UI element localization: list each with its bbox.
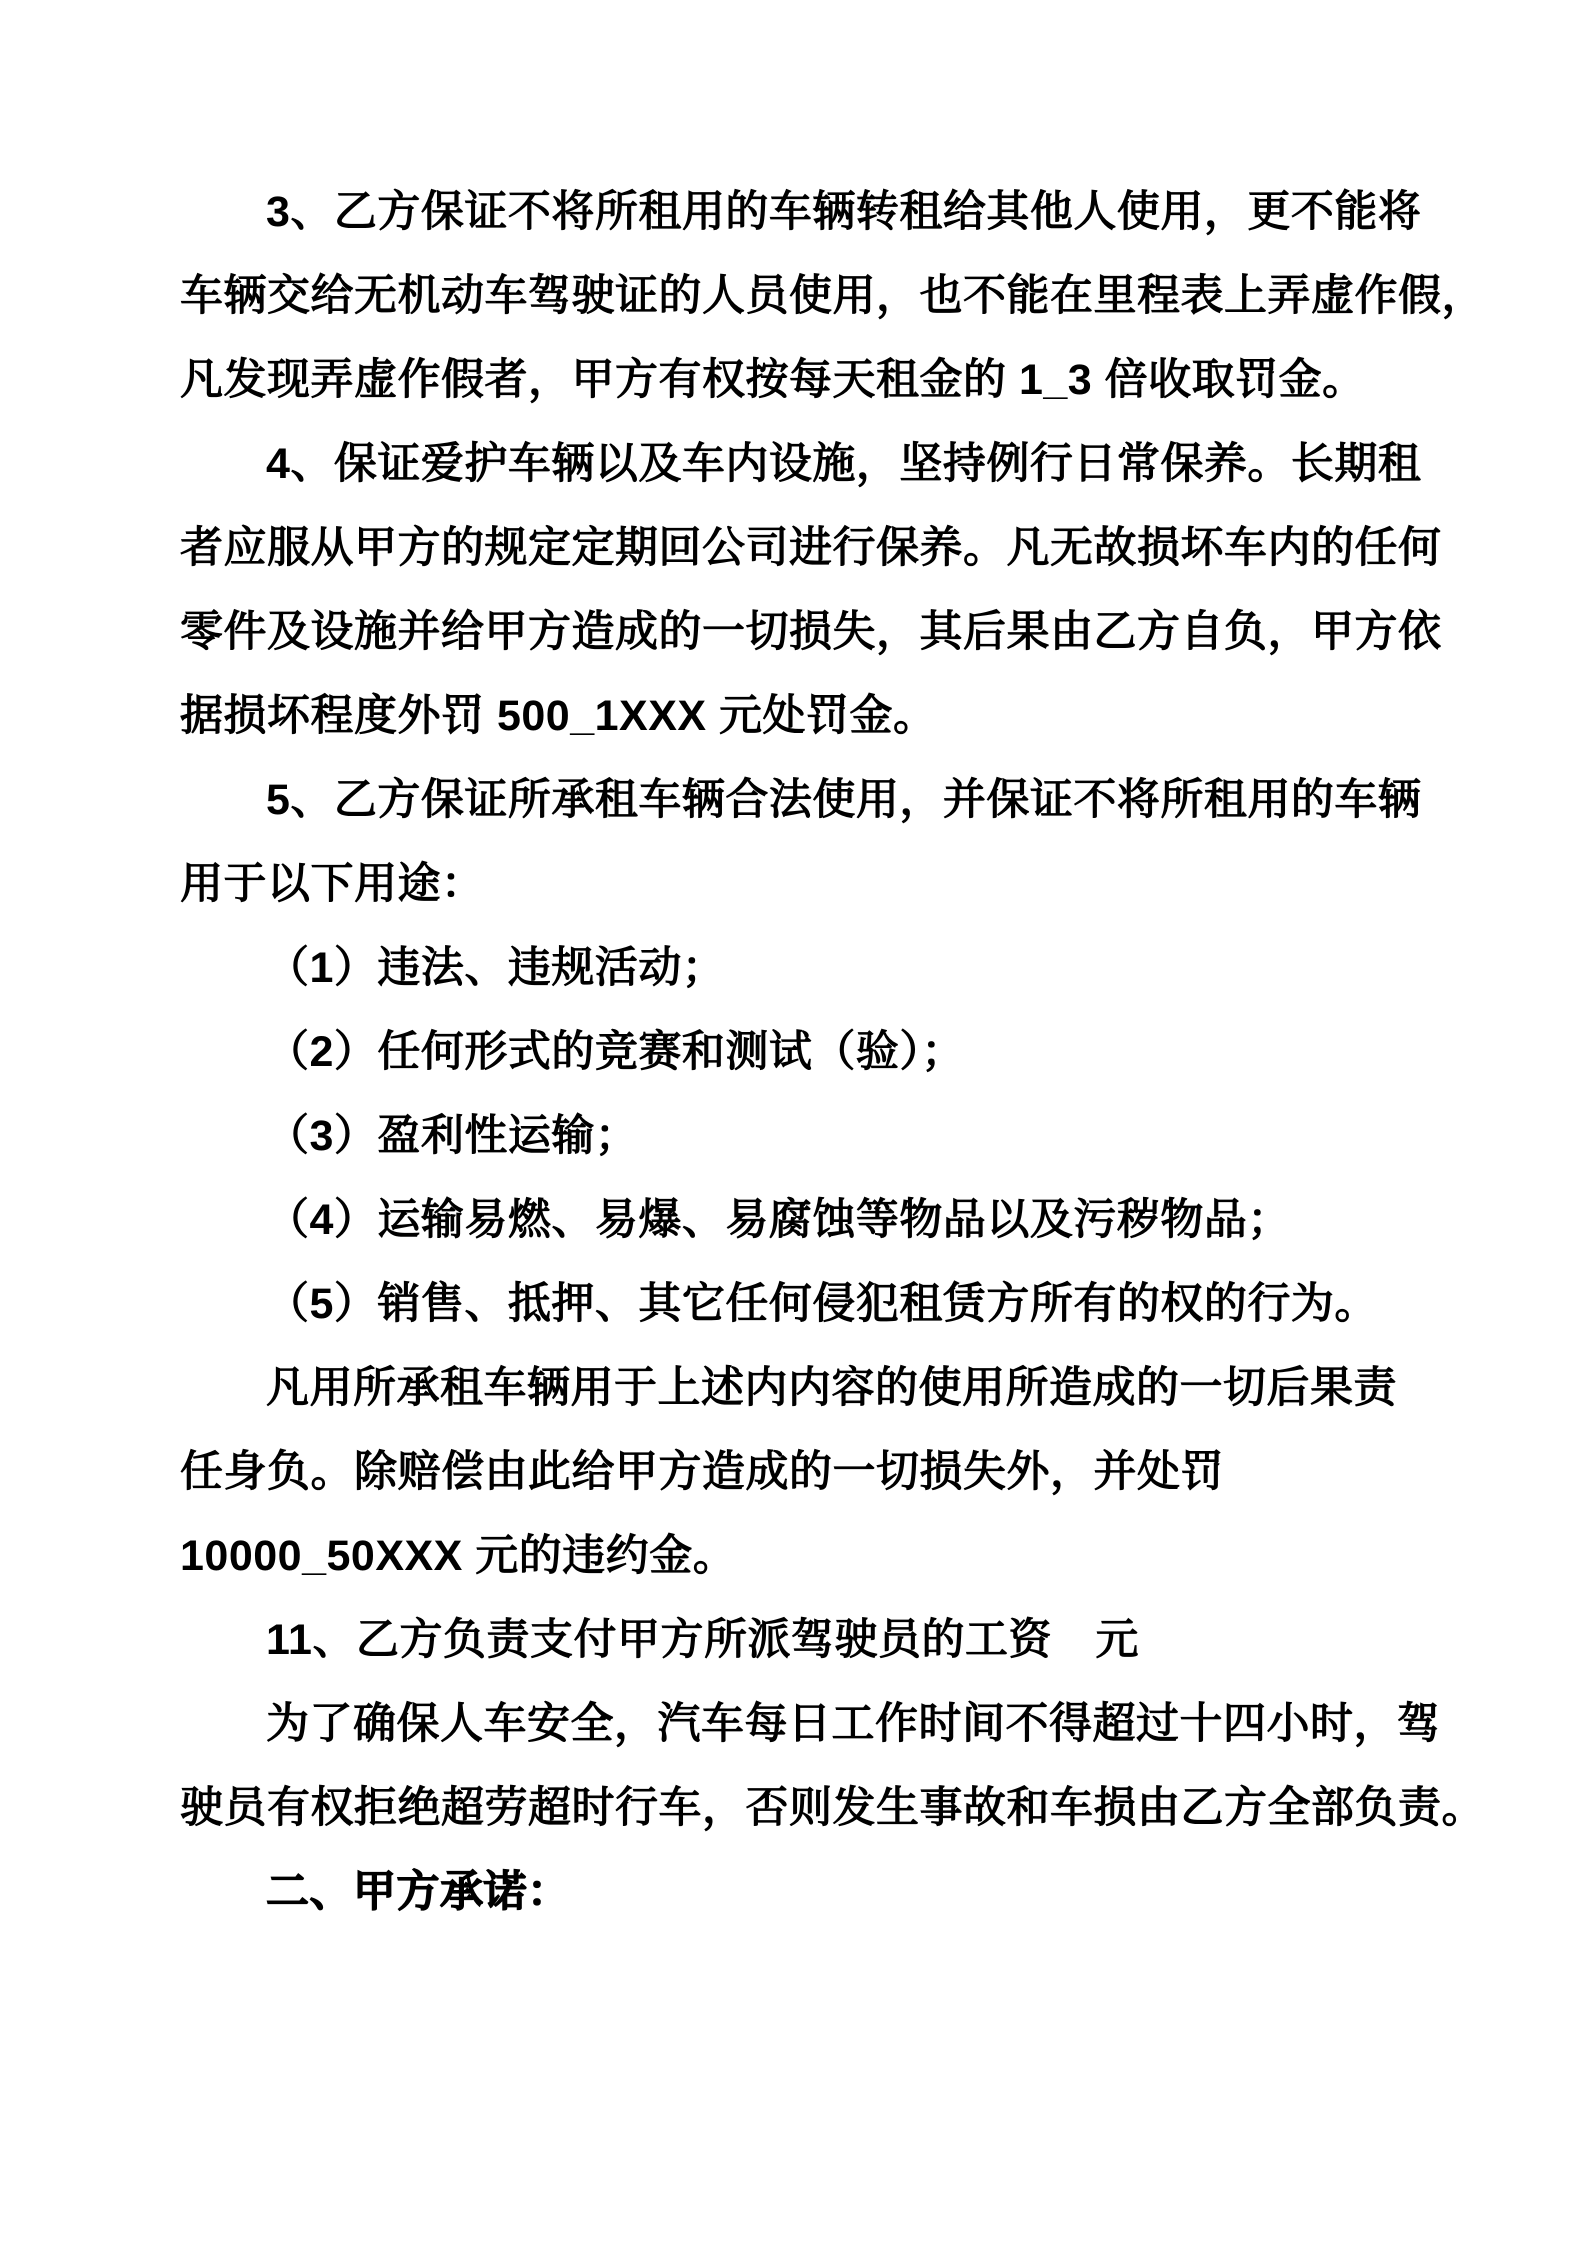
text-line-clause-4-cont-2: 零件及设施并给甲方造成的一切损失，其后果由乙方自负，甲方依 — [180, 590, 1466, 674]
text-line-clause-3-cont-2: 凡发现弄虚作假者，甲方有权按每天租金的 1_3 倍收取罚金。 — [180, 338, 1466, 422]
text-line-clause-5-cont-1: 用于以下用途： — [180, 842, 1466, 926]
text-line-clause-3: 3、乙方保证不将所租用的车辆转租给其他人使用，更不能将 — [180, 170, 1466, 254]
text-line-clause-4: 4、保证爱护车辆以及车内设施，坚持例行日常保养。长期租 — [180, 422, 1466, 506]
text-line-safety-2: 驶员有权拒绝超劳超时行车，否则发生事故和车损由乙方全部负责。 — [180, 1766, 1466, 1850]
text-line-liability-2: 任身负。除赔偿由此给甲方造成的一切损失外，并处罚 — [180, 1430, 1466, 1514]
text-line-clause-5: 5、乙方保证所承租车辆合法使用，并保证不将所租用的车辆 — [180, 758, 1466, 842]
text-line-list-item-1: （1）违法、违规活动； — [180, 926, 1466, 1010]
text-line-list-item-5: （5）销售、抵押、其它任何侵犯租赁方所有的权的行为。 — [180, 1262, 1466, 1346]
text-line-safety-1: 为了确保人车安全，汽车每日工作时间不得超过十四小时，驾 — [180, 1682, 1466, 1766]
text-line-clause-3-cont-1: 车辆交给无机动车驾驶证的人员使用，也不能在里程表上弄虚作假， — [180, 254, 1466, 338]
section-heading-party-a-promise: 二、甲方承诺： — [180, 1850, 1466, 1934]
text-line-clause-4-cont-3: 据损坏程度外罚 500_1XXX 元处罚金。 — [180, 674, 1466, 758]
text-line-clause-11: 11、乙方负责支付甲方所派驾驶员的工资 元 — [180, 1598, 1466, 1682]
text-line-clause-4-cont-1: 者应服从甲方的规定定期回公司进行保养。凡无故损坏车内的任何 — [180, 506, 1466, 590]
text-line-list-item-2: （2）任何形式的竞赛和测试（验）； — [180, 1010, 1466, 1094]
text-line-liability-1: 凡用所承租车辆用于上述内内容的使用所造成的一切后果责 — [180, 1346, 1466, 1430]
contract-body: 3、乙方保证不将所租用的车辆转租给其他人使用，更不能将 车辆交给无机动车驾驶证的… — [0, 0, 1586, 1934]
text-line-list-item-4: （4）运输易燃、易爆、易腐蚀等物品以及污秽物品； — [180, 1178, 1466, 1262]
text-line-liability-3: 10000_50XXX 元的违约金。 — [180, 1514, 1466, 1598]
document-page: 3、乙方保证不将所租用的车辆转租给其他人使用，更不能将 车辆交给无机动车驾驶证的… — [0, 0, 1586, 2244]
text-line-list-item-3: （3）盈利性运输； — [180, 1094, 1466, 1178]
